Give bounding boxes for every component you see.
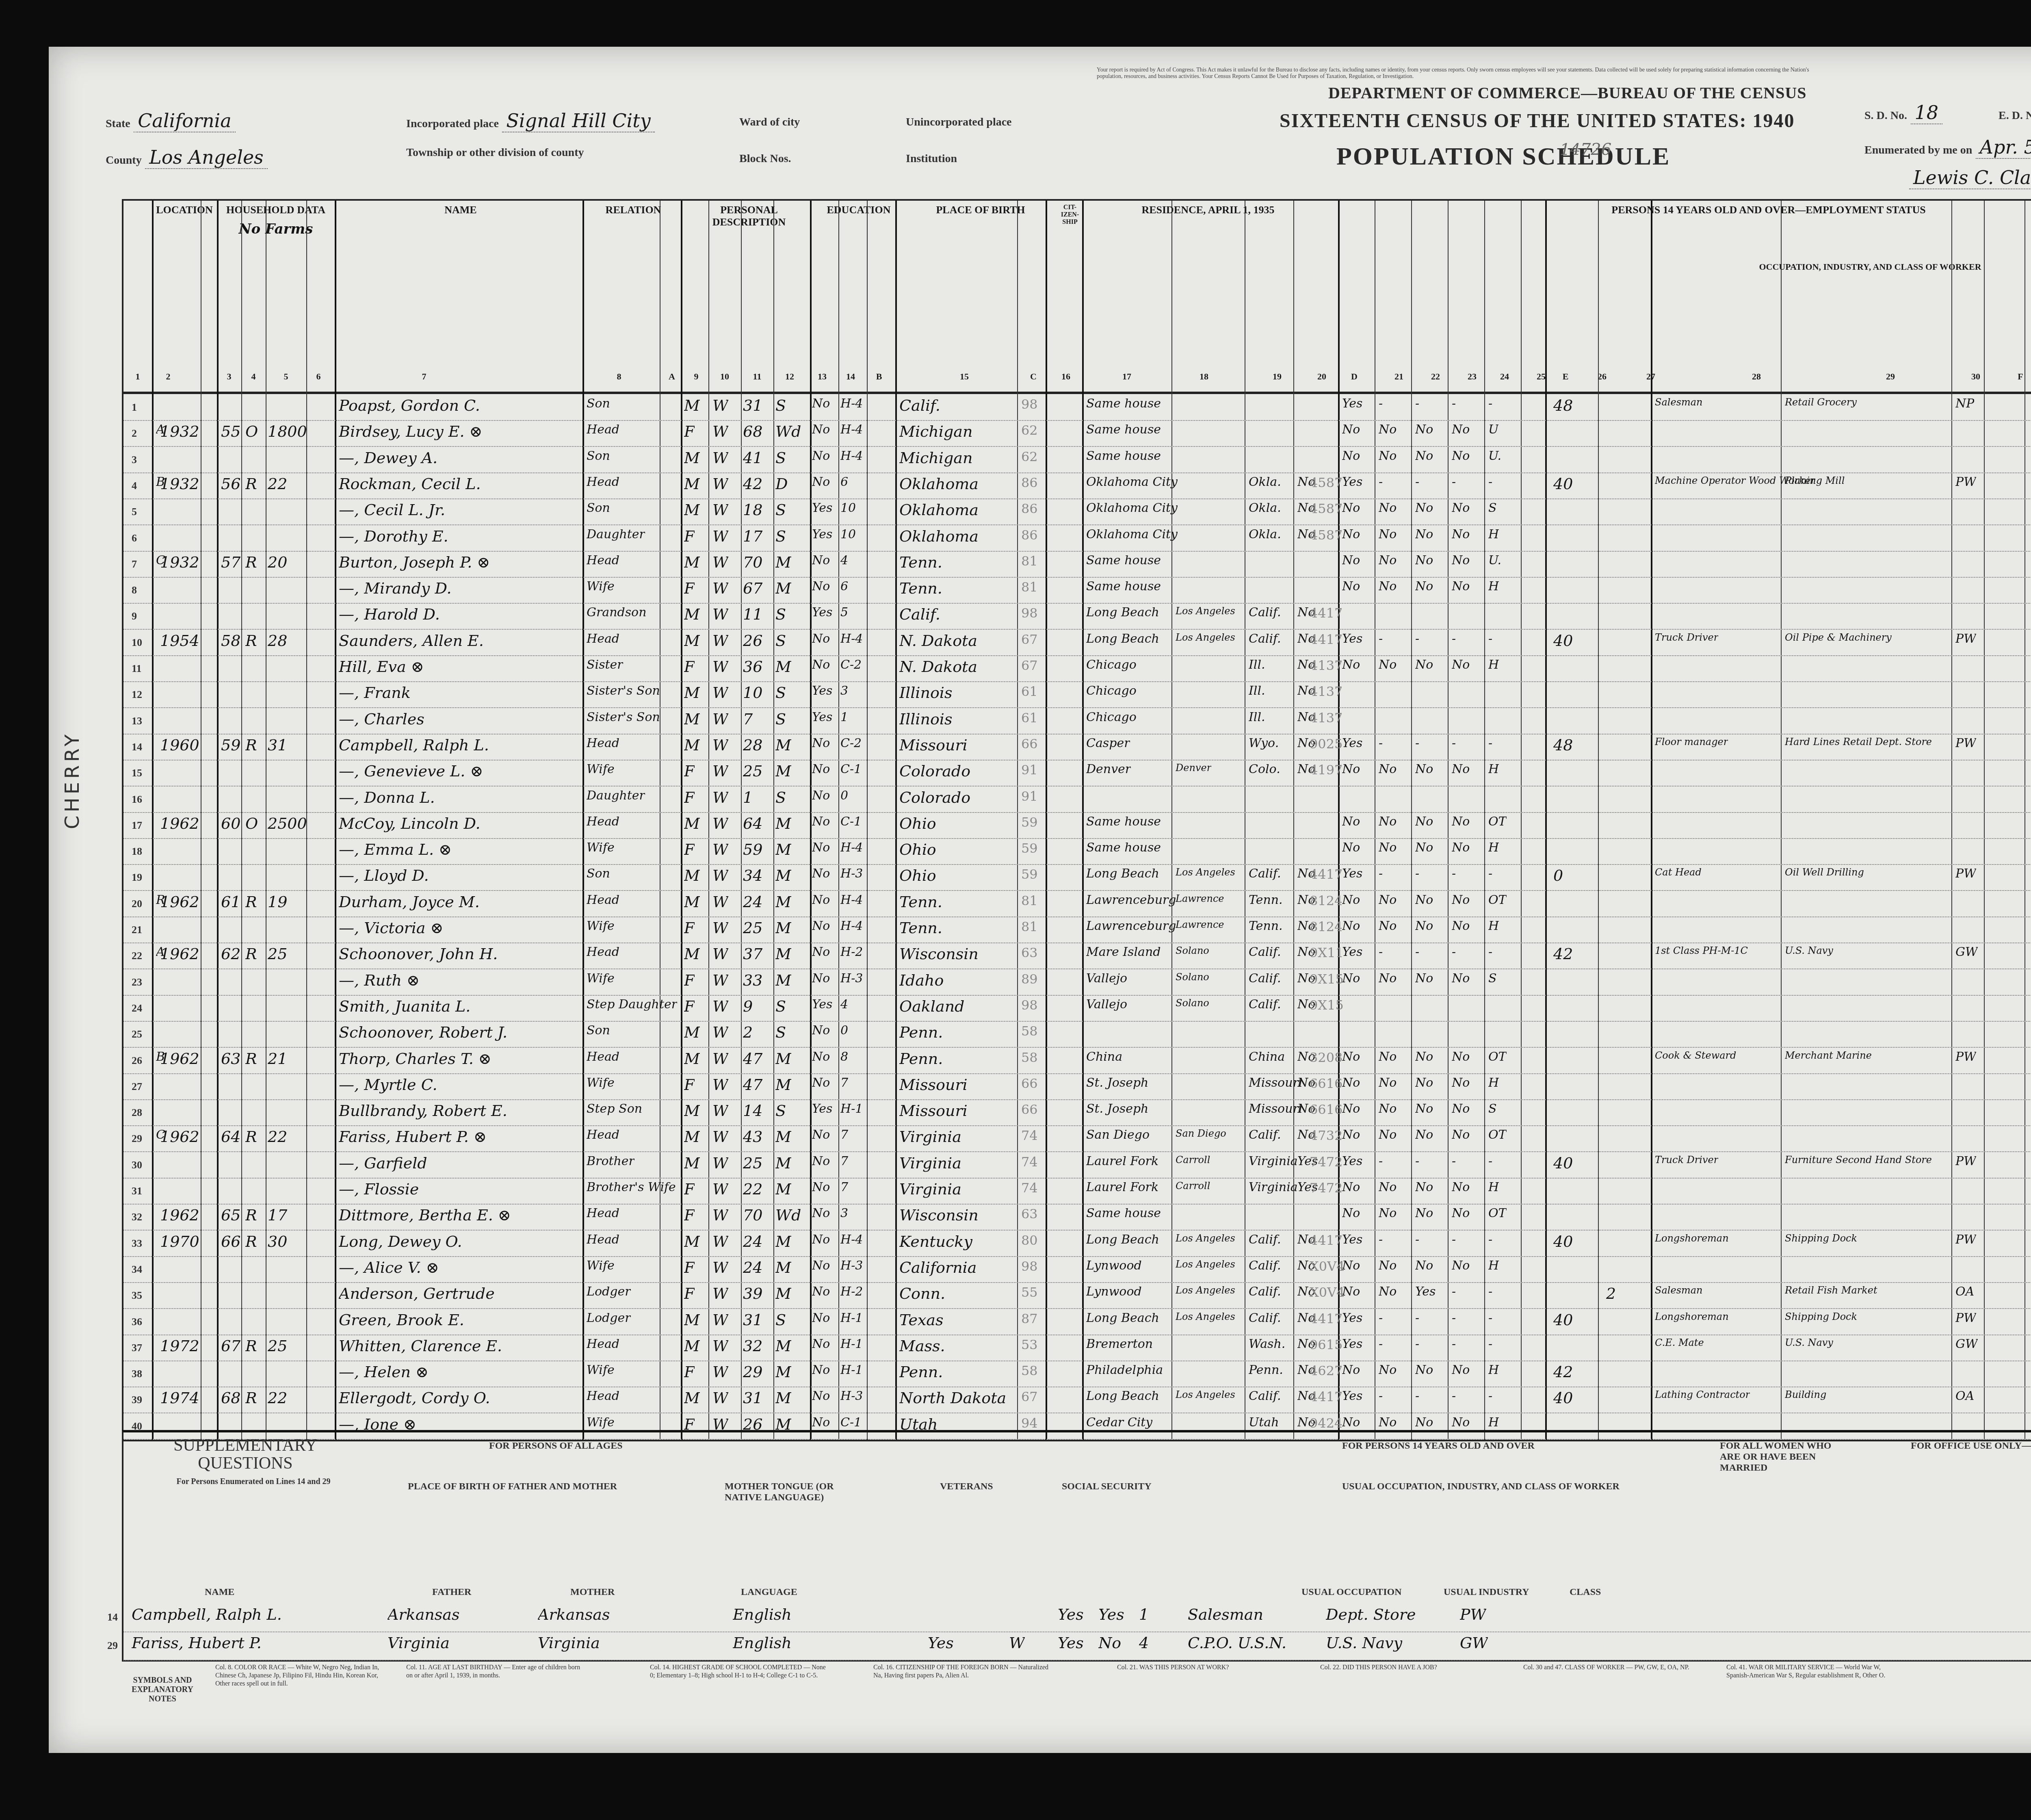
cell-res_county: Carroll bbox=[1176, 1154, 1210, 1166]
cell-rcode: X0V4 bbox=[1310, 1259, 1345, 1274]
cell-res_county: San Diego bbox=[1176, 1128, 1226, 1139]
cell-sex: F bbox=[684, 1363, 695, 1381]
all-ages-heading: FOR PERSONS OF ALL AGES bbox=[489, 1441, 623, 1452]
cell-school: Yes bbox=[812, 501, 832, 515]
line-number: 13 bbox=[132, 715, 142, 727]
line-number: 1 bbox=[132, 401, 137, 414]
cell-w21: No bbox=[1342, 971, 1360, 986]
line-number: 26 bbox=[132, 1055, 142, 1067]
cell-own: R bbox=[245, 553, 257, 571]
state-field: State California bbox=[106, 110, 236, 132]
cell-ms: M bbox=[775, 736, 791, 754]
cell-age: 42 bbox=[743, 475, 762, 493]
cell-bcode: 98 bbox=[1021, 396, 1038, 412]
cell-rel: Sister's Son bbox=[587, 684, 660, 698]
cell-res_city: Same house bbox=[1086, 815, 1161, 829]
cell-rel: Brother bbox=[587, 1154, 634, 1168]
cell-w23: - bbox=[1415, 1154, 1419, 1168]
cell-hrs: 40 bbox=[1553, 1389, 1573, 1407]
cell-w22: No bbox=[1379, 1415, 1397, 1430]
cell-rel: Head bbox=[587, 736, 619, 750]
cell-res_county: Lawrence bbox=[1176, 919, 1224, 930]
cell-sex: F bbox=[684, 422, 695, 440]
cell-w23: No bbox=[1415, 422, 1433, 437]
cell-value: 28 bbox=[268, 632, 287, 650]
cell-res_city: Long Beach bbox=[1086, 632, 1159, 646]
cell-race: W bbox=[712, 1180, 728, 1198]
cell-own: R bbox=[245, 893, 257, 911]
cell-w25: H bbox=[1488, 658, 1499, 672]
cell-w23: No bbox=[1415, 579, 1433, 594]
cell-res_state: Penn. bbox=[1249, 1363, 1283, 1377]
cell-ind: Planing Mill bbox=[1785, 475, 1845, 486]
cell-res_city: Same house bbox=[1086, 1206, 1161, 1220]
cell-name: —, Flossie bbox=[339, 1180, 419, 1198]
cell-w21: Yes bbox=[1342, 1154, 1362, 1168]
cell-grade: H-3 bbox=[840, 971, 863, 986]
cell-ind: Shipping Dock bbox=[1785, 1311, 1857, 1322]
cell-own: R bbox=[245, 945, 257, 963]
cell-res_city: Laurel Fork bbox=[1086, 1154, 1158, 1168]
line-number: 33 bbox=[132, 1237, 142, 1250]
cell-name: Birdsey, Lucy E. ⊗ bbox=[339, 422, 482, 440]
cell-name: Campbell, Ralph L. bbox=[339, 736, 489, 754]
cell-grade: H-4 bbox=[840, 632, 863, 646]
enumerator-signature: Lewis C. Clark bbox=[1909, 167, 2031, 189]
cell-hrs: 40 bbox=[1553, 632, 1573, 650]
cell-w21: No bbox=[1342, 1050, 1360, 1064]
cell-rel: Wife bbox=[587, 1415, 615, 1430]
table-row: 1717196260O2500McCoy, Lincoln D.HeadMW64… bbox=[123, 812, 2031, 839]
cell-w25: H bbox=[1488, 579, 1499, 594]
cell-rel: Wife bbox=[587, 919, 615, 933]
cell-w25: - bbox=[1488, 396, 1492, 411]
table-row: 1818—, Emma L. ⊗WifeFW59MNoH-4Ohio59Same… bbox=[123, 838, 2031, 865]
cell-grade: 10 bbox=[840, 501, 856, 515]
cell-res_city: Oklahoma City bbox=[1086, 527, 1178, 542]
cell-ind: Building bbox=[1785, 1389, 1826, 1400]
cell-res_state: Ill. bbox=[1249, 684, 1265, 698]
cell-race: W bbox=[712, 867, 728, 884]
cell-rel: Wife bbox=[587, 1076, 615, 1090]
cell-cls: PW bbox=[1955, 475, 1976, 489]
cell-name: —, Myrtle C. bbox=[339, 1076, 437, 1094]
cell-rel: Daughter bbox=[587, 789, 645, 803]
cell-bcode: 59 bbox=[1021, 841, 1038, 856]
cell-birth: Colorado bbox=[899, 789, 970, 806]
cell-grade: 7 bbox=[840, 1076, 848, 1090]
cell-ms: M bbox=[775, 1233, 791, 1250]
cell-birth: Virginia bbox=[899, 1180, 961, 1198]
cell-res_state: Virginia bbox=[1249, 1154, 1298, 1168]
cell-age: 64 bbox=[743, 815, 762, 832]
cell-name: —, Helen ⊗ bbox=[339, 1363, 429, 1381]
cell-cls: GW bbox=[1955, 1337, 1978, 1351]
cell-race: W bbox=[712, 1154, 728, 1172]
cell-name: Ellergodt, Cordy O. bbox=[339, 1389, 490, 1407]
cell-grade: H-4 bbox=[840, 919, 863, 933]
table-row: 2525Schoonover, Robert J.SonMW2SNo0Penn.… bbox=[123, 1021, 2031, 1048]
cell-res_state: Calif. bbox=[1249, 945, 1281, 959]
cell-grade: H-3 bbox=[840, 1259, 863, 1273]
cell-name: Long, Dewey O. bbox=[339, 1233, 462, 1250]
cell-w23: - bbox=[1415, 1389, 1419, 1403]
cell-house: 1970 bbox=[160, 1233, 199, 1250]
cell-w23: No bbox=[1415, 1076, 1433, 1090]
table-row: 1010195458R28Saunders, Allen E.HeadMW26S… bbox=[123, 629, 2031, 656]
cell-race: W bbox=[712, 1076, 728, 1094]
cell-w24: No bbox=[1452, 1206, 1470, 1220]
cell-grade: H-2 bbox=[840, 1285, 863, 1299]
cell-rcode: 7472 bbox=[1310, 1180, 1342, 1196]
cell-cls: PW bbox=[1955, 632, 1976, 646]
cell-name: Hill, Eva ⊗ bbox=[339, 658, 424, 676]
cell-w25: H bbox=[1488, 527, 1499, 542]
cell-w24: - bbox=[1452, 1389, 1456, 1403]
cell-birth: Tenn. bbox=[899, 919, 942, 937]
cell-school: No bbox=[812, 1259, 830, 1273]
cell-w21: Yes bbox=[1342, 475, 1362, 489]
cell-birth: Kentucky bbox=[899, 1233, 972, 1250]
cell-sex: M bbox=[684, 1102, 700, 1120]
cell-res_city: Same house bbox=[1086, 449, 1161, 463]
cell-res_city: Same house bbox=[1086, 579, 1161, 594]
cell-w25: H bbox=[1488, 841, 1499, 855]
cell-birth: Calif. bbox=[899, 396, 940, 414]
cell-bcode: 91 bbox=[1021, 762, 1038, 778]
cell-age: 43 bbox=[743, 1128, 762, 1146]
cell-rcode: 4587 bbox=[1310, 475, 1342, 490]
cell-res_county: Los Angeles bbox=[1176, 1233, 1235, 1244]
cell-ind: Hard Lines Retail Dept. Store bbox=[1785, 736, 1932, 747]
cell-own: R bbox=[245, 475, 257, 493]
cell-name: —, Frank bbox=[339, 684, 411, 702]
cell-rcode: 4587 bbox=[1310, 501, 1342, 516]
cell-grade: 8 bbox=[840, 1050, 848, 1064]
cell-w23: No bbox=[1415, 841, 1433, 855]
section-education: EDUCATION bbox=[818, 204, 899, 216]
cell-w25: U. bbox=[1488, 449, 1501, 463]
cell-res_state: Tenn. bbox=[1249, 919, 1283, 933]
cell-w21: No bbox=[1342, 841, 1360, 855]
cell-bcode: 63 bbox=[1021, 945, 1038, 960]
cell-ms: D bbox=[775, 475, 788, 493]
cell-w21: No bbox=[1342, 919, 1360, 933]
cell-bcode: 74 bbox=[1021, 1180, 1038, 1196]
cell-fam: 58 bbox=[221, 632, 240, 650]
cell-w23: - bbox=[1415, 396, 1419, 411]
cell-res_county: Los Angeles bbox=[1176, 632, 1235, 643]
legal-notice: Your report is required by Act of Congre… bbox=[1097, 67, 1828, 80]
cell-name: Schoonover, John H. bbox=[339, 945, 498, 963]
line-number: 24 bbox=[132, 1002, 142, 1014]
cell-age: 59 bbox=[743, 841, 762, 858]
cell-fam: 62 bbox=[221, 945, 240, 963]
cell-w24: - bbox=[1452, 1154, 1456, 1168]
cell-sex: F bbox=[684, 1076, 695, 1094]
cell-bcode: 59 bbox=[1021, 867, 1038, 882]
cell-name: —, Genevieve L. ⊗ bbox=[339, 762, 483, 780]
cell-ms: S bbox=[775, 997, 786, 1015]
cell-w24: - bbox=[1452, 736, 1456, 750]
cell-w23: No bbox=[1415, 1102, 1433, 1116]
cell-rcode: 6616 bbox=[1310, 1076, 1342, 1091]
cell-house: 1932 bbox=[160, 422, 199, 440]
cell-ms: M bbox=[775, 919, 791, 937]
cell-bcode: 86 bbox=[1021, 475, 1038, 490]
cell-w25: - bbox=[1488, 1233, 1492, 1247]
cell-w24: No bbox=[1452, 527, 1470, 542]
cell-w23: - bbox=[1415, 632, 1419, 646]
cell-school: No bbox=[812, 789, 830, 803]
cell-name: —, Charles bbox=[339, 710, 424, 728]
cell-occ: Salesman bbox=[1655, 1285, 1702, 1296]
cell-name: —, Ruth ⊗ bbox=[339, 971, 420, 989]
cell-sex: M bbox=[684, 1023, 700, 1041]
cell-race: W bbox=[712, 449, 728, 467]
cell-age: 41 bbox=[743, 449, 762, 467]
cell-age: 10 bbox=[743, 684, 762, 702]
cell-race: W bbox=[712, 1102, 728, 1120]
cell-cls: PW bbox=[1955, 867, 1976, 881]
cell-w22: No bbox=[1379, 762, 1397, 776]
cell-rel: Son bbox=[587, 396, 610, 411]
cell-house: 1962 bbox=[160, 1206, 199, 1224]
cell-value: 21 bbox=[268, 1050, 287, 1068]
cell-w22: No bbox=[1379, 841, 1397, 855]
cell-house: 1932 bbox=[160, 553, 199, 571]
cell-occ: Truck Driver bbox=[1655, 632, 1718, 643]
cell-bcode: 81 bbox=[1021, 919, 1038, 934]
cell-occ: Cook & Steward bbox=[1655, 1050, 1736, 1061]
table-row: 1616—, Donna L.DaughterFW1SNo0Colorado91 bbox=[123, 786, 2031, 813]
unincorporated-field: Unincorporated place bbox=[906, 114, 1012, 129]
enumerated-date-field: Enumerated by me on Apr. 5 , 1940. bbox=[1864, 136, 2031, 158]
cell-ms: M bbox=[775, 815, 791, 832]
cell-res_county: Solano bbox=[1176, 971, 1209, 983]
cell-w22: No bbox=[1379, 579, 1397, 594]
cell-w25: U. bbox=[1488, 553, 1501, 568]
cell-race: W bbox=[712, 501, 728, 519]
cell-race: W bbox=[712, 736, 728, 754]
cell-w22: No bbox=[1379, 971, 1397, 986]
no-farms-note: No Farms bbox=[217, 221, 335, 237]
cell-occ: Floor manager bbox=[1655, 736, 1728, 747]
cell-race: W bbox=[712, 1206, 728, 1224]
cell-w25: - bbox=[1488, 1285, 1492, 1299]
table-row: 1919—, Lloyd D.SonMW34MNoH-3Ohio59Long B… bbox=[123, 864, 2031, 891]
cell-house: 1960 bbox=[160, 736, 199, 754]
cell-w24: - bbox=[1452, 1337, 1456, 1351]
cell-hrs: 48 bbox=[1553, 736, 1573, 754]
section-name: NAME bbox=[339, 204, 582, 216]
cell-age: 31 bbox=[743, 1311, 762, 1329]
table-row: 2424Smith, Juanita L.Step DaughterFW9SYe… bbox=[123, 995, 2031, 1022]
institution-field: Institution bbox=[906, 150, 957, 166]
cell-name: —, Mirandy D. bbox=[339, 579, 452, 597]
cell-w24: No bbox=[1452, 1180, 1470, 1194]
cell-race: W bbox=[712, 762, 728, 780]
cell-w21: Yes bbox=[1342, 1337, 1362, 1351]
cell-cls: OA bbox=[1955, 1285, 1974, 1299]
cell-school: No bbox=[812, 422, 830, 437]
line-number: 36 bbox=[132, 1316, 142, 1328]
cell-school: No bbox=[812, 1285, 830, 1299]
cell-name: —, Dewey A. bbox=[339, 449, 437, 467]
cell-w25: H bbox=[1488, 1180, 1499, 1194]
cell-res_county: Los Angeles bbox=[1176, 867, 1235, 878]
cell-w24: - bbox=[1452, 867, 1456, 881]
cell-age: 11 bbox=[743, 605, 762, 623]
cell-res_county: Carroll bbox=[1176, 1180, 1210, 1192]
cell-age: 26 bbox=[743, 632, 762, 650]
cell-w24: No bbox=[1452, 501, 1470, 515]
cell-res_state: Calif. bbox=[1249, 1311, 1281, 1325]
cell-race: W bbox=[712, 997, 728, 1015]
enumerated-date-value: Apr. 5 bbox=[1976, 136, 2031, 159]
section-occupation: OCCUPATION, INDUSTRY, AND CLASS OF WORKE… bbox=[1708, 262, 2031, 272]
cell-sex: M bbox=[684, 1389, 700, 1407]
cell-w25: S bbox=[1488, 501, 1497, 515]
cell-w23: No bbox=[1415, 919, 1433, 933]
cell-name: —, Alice V. ⊗ bbox=[339, 1259, 439, 1276]
cell-w22: - bbox=[1379, 1389, 1383, 1403]
cell-w24: No bbox=[1452, 841, 1470, 855]
cell-school: No bbox=[812, 553, 830, 568]
cell-value: 1800 bbox=[268, 422, 307, 440]
cell-grade: 7 bbox=[840, 1180, 848, 1194]
cell-rcode: 4417 bbox=[1310, 867, 1342, 882]
block-field: Block Nos. bbox=[739, 150, 791, 166]
cell-w24: - bbox=[1452, 1233, 1456, 1247]
cell-birth: Texas bbox=[899, 1311, 943, 1329]
table-row: 55—, Cecil L. Jr.SonMW18SYes10Oklahoma86… bbox=[123, 498, 2031, 525]
cell-birth: Illinois bbox=[899, 684, 952, 702]
cell-age: 18 bbox=[743, 501, 762, 519]
schedule-title: POPULATION SCHEDULE bbox=[1336, 142, 1670, 171]
cell-ms: S bbox=[775, 396, 786, 414]
cell-w25: - bbox=[1488, 1311, 1492, 1325]
line-number: 11 bbox=[132, 663, 142, 675]
cell-school: No bbox=[812, 1023, 830, 1038]
cell-res_city: Mare Island bbox=[1086, 945, 1161, 959]
cell-age: 22 bbox=[743, 1180, 762, 1198]
line-number: 19 bbox=[132, 871, 142, 884]
table-row: 3030—, GarfieldBrotherMW25MNo7Virginia74… bbox=[123, 1152, 2031, 1179]
cell-res_city: Bremerton bbox=[1086, 1337, 1153, 1351]
cell-w22: No bbox=[1379, 422, 1397, 437]
table-row: 2727—, Myrtle C.WifeFW47MNo7Missouri66St… bbox=[123, 1073, 2031, 1100]
cell-age: 14 bbox=[743, 1102, 762, 1120]
cell-age: 28 bbox=[743, 736, 762, 754]
cell-school: No bbox=[812, 1050, 830, 1064]
cell-rel: Son bbox=[587, 449, 610, 463]
cell-name: Rockman, Cecil L. bbox=[339, 475, 481, 493]
cell-bcode: 86 bbox=[1021, 501, 1038, 516]
cell-w23: No bbox=[1415, 1180, 1433, 1194]
cell-own: R bbox=[245, 1206, 257, 1224]
cell-school: Yes bbox=[812, 605, 832, 620]
supplementary-title: SUPPLEMENTARY QUESTIONS bbox=[132, 1436, 359, 1472]
cell-cls: OA bbox=[1955, 1389, 1974, 1403]
cell-bcode: 63 bbox=[1021, 1206, 1038, 1222]
cell-cls: PW bbox=[1955, 1233, 1976, 1247]
cell-age: 70 bbox=[743, 1206, 762, 1224]
cell-fam: 60 bbox=[221, 815, 240, 832]
cell-rcode: 6616 bbox=[1310, 1102, 1342, 1117]
cell-school: No bbox=[812, 579, 830, 594]
cell-rel: Step Son bbox=[587, 1102, 642, 1116]
cell-school: Yes bbox=[812, 1102, 832, 1116]
cell-ms: M bbox=[775, 1076, 791, 1094]
cell-sex: F bbox=[684, 997, 695, 1015]
cell-w25: H bbox=[1488, 1363, 1499, 1377]
cell-res_city: Same house bbox=[1086, 396, 1161, 411]
cell-w22: - bbox=[1379, 632, 1383, 646]
cell-sex: M bbox=[684, 867, 700, 884]
cell-w24: No bbox=[1452, 449, 1470, 463]
cell-value: 20 bbox=[268, 553, 287, 571]
cell-w23: - bbox=[1415, 945, 1419, 959]
cell-hrs: 42 bbox=[1553, 1363, 1573, 1381]
cell-ind: Oil Well Drilling bbox=[1785, 867, 1864, 878]
line-number: 25 bbox=[132, 1028, 142, 1040]
cell-sex: M bbox=[684, 632, 700, 650]
cell-sex: F bbox=[684, 527, 695, 545]
cell-res_city: Chicago bbox=[1086, 658, 1137, 672]
cell-ms: M bbox=[775, 1050, 791, 1068]
line-number: 21 bbox=[132, 924, 142, 936]
cell-occ: Truck Driver bbox=[1655, 1154, 1718, 1166]
incorporated-place-value: Signal Hill City bbox=[502, 110, 654, 132]
cell-ms: S bbox=[775, 1311, 786, 1329]
supplementary-row: 29 Fariss, Hubert P. Virginia Virginia E… bbox=[123, 1631, 2031, 1661]
cell-cls: GW bbox=[1955, 945, 1978, 959]
table-row: 33—, Dewey A.SonMW41SNoH-4Michigan62Same… bbox=[123, 446, 2031, 473]
cell-sex: F bbox=[684, 971, 695, 989]
cell-ind: U.S. Navy bbox=[1785, 1337, 1833, 1348]
cell-own: O bbox=[245, 815, 258, 832]
cell-occ: 1st Class PH-M-1C bbox=[1655, 945, 1748, 956]
cell-rcode: 9424 bbox=[1310, 1415, 1342, 1431]
cell-age: 47 bbox=[743, 1050, 762, 1068]
cell-rel: Head bbox=[587, 1233, 619, 1247]
cell-w23: No bbox=[1415, 658, 1433, 672]
cell-res_county: Denver bbox=[1176, 762, 1211, 773]
cell-sex: M bbox=[684, 710, 700, 728]
cell-w23: No bbox=[1415, 1415, 1433, 1430]
cell-rel: Brother's Wife bbox=[587, 1180, 676, 1194]
cell-w22: No bbox=[1379, 893, 1397, 907]
cell-ms: M bbox=[775, 841, 791, 858]
cell-w21: Yes bbox=[1342, 396, 1362, 411]
column-headers: LOCATION HOUSEHOLD DATA No Farms NAME RE… bbox=[123, 201, 2031, 394]
cell-birth: Ohio bbox=[899, 841, 936, 858]
cell-grade: H-1 bbox=[840, 1337, 863, 1351]
cell-res_state: Utah bbox=[1249, 1415, 1279, 1430]
cell-bcode: 98 bbox=[1021, 1259, 1038, 1274]
cell-fam: 55 bbox=[221, 422, 240, 440]
explanatory-notes: SYMBOLS AND EXPLANATORY NOTES Col. 8. CO… bbox=[122, 1660, 2031, 1749]
table-row: 3636Green, Brook E.LodgerMW31SNoH-1Texas… bbox=[123, 1309, 2031, 1335]
cell-race: W bbox=[712, 1128, 728, 1146]
cell-w25: S bbox=[1488, 1102, 1497, 1116]
cell-school: No bbox=[812, 736, 830, 750]
cell-age: 34 bbox=[743, 867, 762, 884]
cell-race: W bbox=[712, 527, 728, 545]
cell-w24: No bbox=[1452, 553, 1470, 568]
cell-w25: - bbox=[1488, 945, 1492, 959]
